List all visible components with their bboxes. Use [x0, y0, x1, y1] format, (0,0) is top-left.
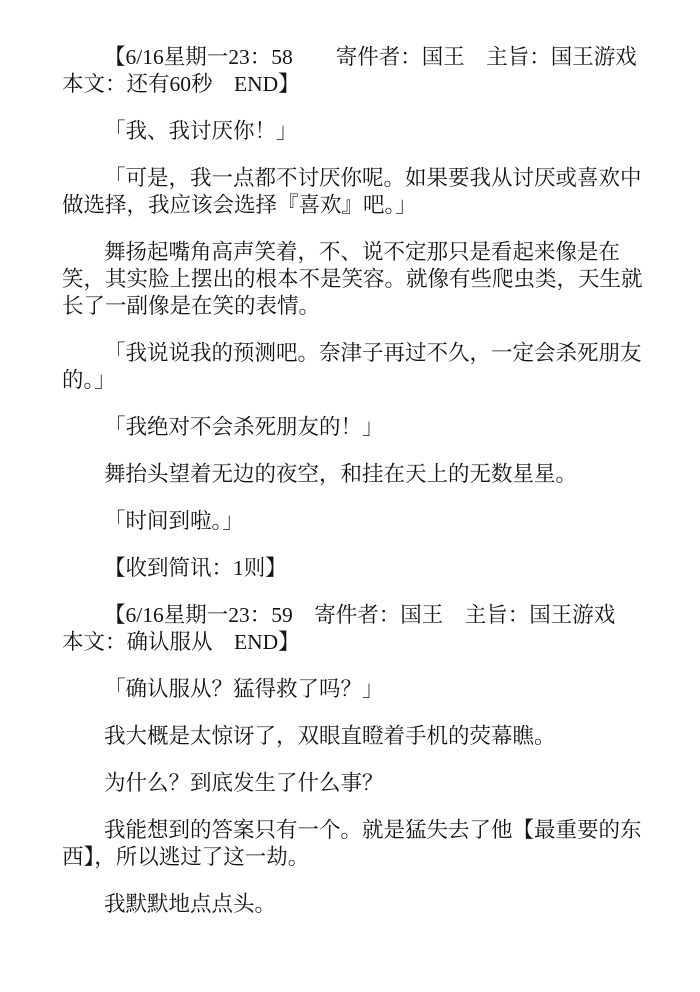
paragraph: 「确认服从？猛得救了吗？」 — [62, 676, 642, 703]
paragraph: 【6/16星期一23：59 寄件者：国王 主旨：国王游戏本文：确认服从 END】 — [62, 602, 642, 656]
text-line: 长了一副像是在笑的表情。 — [62, 293, 642, 320]
paragraph: 舞抬头望着无边的夜空，和挂在天上的无数星星。 — [62, 461, 642, 488]
text-line: 舞扬起嘴角高声笑着，不、说不定那只是看起来像是在 — [62, 239, 642, 266]
text-line: 做选择，我应该会选择『喜欢』吧。」 — [62, 192, 642, 219]
text-line: 本文：确认服从 END】 — [62, 629, 642, 656]
paragraph: 「我、我讨厌你！」 — [62, 118, 642, 145]
paragraph: 舞扬起嘴角高声笑着，不、说不定那只是看起来像是在笑，其实脸上摆出的根本不是笑容。… — [62, 239, 642, 320]
text-line: 【6/16星期一23：58 寄件者：国王 主旨：国王游戏 — [62, 44, 642, 71]
paragraph: 「时间到啦。」 — [62, 508, 642, 535]
paragraph: 我大概是太惊讶了，双眼直瞪着手机的荧幕瞧。 — [62, 723, 642, 750]
text-line: 「可是，我一点都不讨厌你呢。如果要我从讨厌或喜欢中 — [62, 165, 642, 192]
text-line: 「时间到啦。」 — [62, 508, 642, 535]
text-line: 我大概是太惊讶了，双眼直瞪着手机的荧幕瞧。 — [62, 723, 642, 750]
text-line: 舞抬头望着无边的夜空，和挂在天上的无数星星。 — [62, 461, 642, 488]
text-line: 本文：还有60秒 END】 — [62, 71, 642, 98]
text-body: 【6/16星期一23：58 寄件者：国王 主旨：国王游戏本文：还有60秒 END… — [62, 44, 642, 918]
ebook-page: 【6/16星期一23：58 寄件者：国王 主旨：国王游戏本文：还有60秒 END… — [0, 0, 700, 992]
paragraph: 为什么？到底发生了什么事？ — [62, 770, 642, 797]
text-line: 西】，所以逃过了这一劫。 — [62, 844, 642, 871]
text-line: 「确认服从？猛得救了吗？」 — [62, 676, 642, 703]
text-line: 为什么？到底发生了什么事？ — [62, 770, 642, 797]
paragraph: 【收到简讯：1则】 — [62, 555, 642, 582]
text-line: 「我绝对不会杀死朋友的！」 — [62, 414, 642, 441]
paragraph: 【6/16星期一23：58 寄件者：国王 主旨：国王游戏本文：还有60秒 END… — [62, 44, 642, 98]
paragraph: 我能想到的答案只有一个。就是猛失去了他【最重要的东西】，所以逃过了这一劫。 — [62, 817, 642, 871]
paragraph: 我默默地点点头。 — [62, 891, 642, 918]
text-line: 我默默地点点头。 — [62, 891, 642, 918]
text-line: 「我、我讨厌你！」 — [62, 118, 642, 145]
text-line: 【收到简讯：1则】 — [62, 555, 642, 582]
paragraph: 「可是，我一点都不讨厌你呢。如果要我从讨厌或喜欢中做选择，我应该会选择『喜欢』吧… — [62, 165, 642, 219]
text-line: 「我说说我的预测吧。奈津子再过不久，一定会杀死朋友 — [62, 340, 642, 367]
text-line: 【6/16星期一23：59 寄件者：国王 主旨：国王游戏 — [62, 602, 642, 629]
text-line: 笑，其实脸上摆出的根本不是笑容。就像有些爬虫类，天生就 — [62, 266, 642, 293]
text-line: 我能想到的答案只有一个。就是猛失去了他【最重要的东 — [62, 817, 642, 844]
paragraph: 「我绝对不会杀死朋友的！」 — [62, 414, 642, 441]
paragraph: 「我说说我的预测吧。奈津子再过不久，一定会杀死朋友的。」 — [62, 340, 642, 394]
text-line: 的。」 — [62, 367, 642, 394]
